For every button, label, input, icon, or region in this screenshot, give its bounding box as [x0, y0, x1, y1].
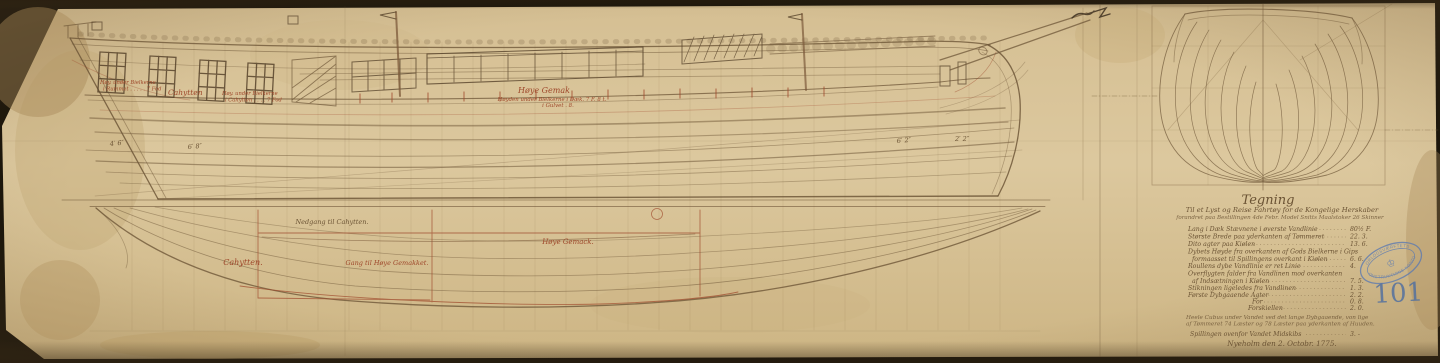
measure-stern-lower: 6′ 8″: [187, 142, 202, 151]
gallery-label: Gang til Høye Gemakket.: [346, 259, 429, 267]
paper-background: [0, 0, 1440, 363]
hold-note-line2: i Rummet . . . . . 7 Fod: [103, 87, 162, 93]
spec-row-value: 80½ F.: [1350, 226, 1371, 233]
drawing-subtitle-2: forandret paa Bestillingen 4de Febr. Mod…: [1175, 215, 1384, 221]
great-cabin-note2: i Gulvet . 8.: [542, 103, 574, 109]
spec-row-value: 2. 0.: [1349, 305, 1364, 312]
measure-bow-upper: 6′ 2″: [896, 136, 911, 145]
note-line1: Heele Cubus under Vandet ved det lange D…: [1185, 315, 1369, 321]
spec-row-label: Overflygten falder fra Vandlinen mod ove…: [1188, 271, 1342, 278]
spec-row-value: 1. 3.: [1350, 285, 1364, 292]
final-row-label: Spillingen ovenfor Vandet Midskibs: [1190, 331, 1301, 338]
measure-bow-lower: 2′ 2″: [954, 135, 970, 143]
plan-great-cabin-label: Høye Gemack.: [541, 238, 594, 246]
hold-note-line1: Høy. under Bielkerne: [99, 80, 156, 86]
spec-row-value: 7. 5.: [1350, 278, 1364, 285]
final-row-value: 3. -: [1350, 331, 1360, 338]
spec-row-value: 6. 6.: [1350, 256, 1364, 263]
spec-row-label: Dybets Høyde fra overkanten af Gods Biel…: [1187, 249, 1358, 256]
scanned-ship-draught: Høy. under Bielkerne i Rummet . . . . . …: [0, 0, 1440, 363]
spec-row-value: 13. 6.: [1350, 241, 1368, 248]
companion-label: Nedgang til Cahytten.: [294, 218, 368, 226]
cabin-note-line2: i Cahytten . . . . 7 Fod: [225, 98, 282, 104]
measure-stern-upper: 4′ 6″: [108, 138, 125, 148]
note-line2: af Tømmeret 74 Læster og 78 Læster paa y…: [1186, 322, 1375, 328]
spec-row-label: Lang i Dæk Stævnene i øverste Vandlinie: [1187, 226, 1318, 233]
drawing-subtitle-1: Til et Lyst og Reise Fahrtøy for de Kong…: [1186, 206, 1379, 214]
spec-row-label: Største Brede paa yderkanten af Tømmeret: [1188, 234, 1325, 241]
plan-cabin-label: Cahytten.: [223, 258, 262, 267]
signature: Nyeholm den 2. Octobr. 1775.: [1226, 339, 1336, 348]
great-cabin-title: Høye Gemak: [517, 86, 570, 95]
archive-number: 101: [1373, 277, 1424, 310]
profile-cabin-label: Cahytten: [168, 88, 203, 97]
spec-row-value: 4.: [1349, 263, 1356, 270]
spec-row-value: 22. 3.: [1349, 234, 1368, 241]
spec-row-label: formaasset til Spillingens overkant i Ki…: [1191, 256, 1328, 263]
ship-draught-sheet: Høy. under Bielkerne i Rummet . . . . . …: [0, 0, 1440, 363]
spec-row-label: Forskiellen: [1247, 305, 1283, 312]
spec-row-label: Stikningen ligeledes fra Vandlinen: [1188, 285, 1296, 292]
cabin-note-line1: Høy. under Bielkerne: [221, 91, 278, 97]
spec-row-label: Dito agter paa Kiølen: [1187, 241, 1255, 248]
spec-row-label: Roullens dybe Vandlinie er ret Linie: [1187, 263, 1301, 270]
